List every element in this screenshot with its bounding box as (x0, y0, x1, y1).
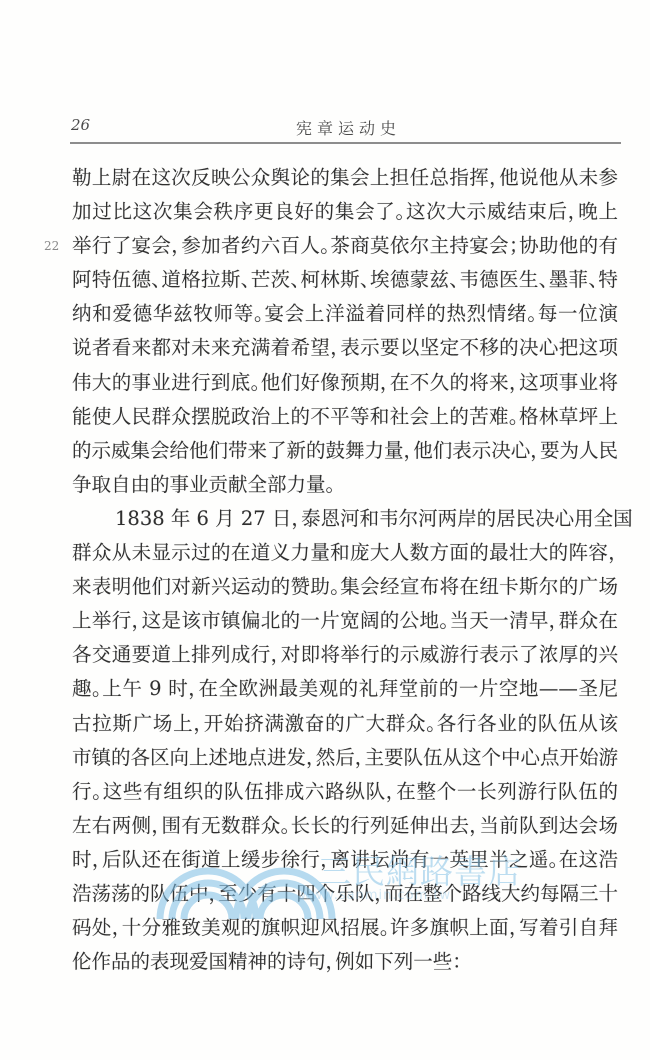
text-line: 趣。上午 9 时，在全欧洲最美观的礼拜堂前的一片空地——圣尼 (72, 672, 618, 706)
text-line: 市镇的各区向上述地点进发，然后，主要队伍从这个中心点开始游 (72, 741, 618, 775)
text-line: 上举行，这是该市镇偏北的一片宽阔的公地。当天一清早，群众在 (72, 604, 618, 638)
text-line: 码处，十分雅致美观的旗帜迎风招展。许多旗帜上面，写着引自拜 (72, 911, 618, 945)
text-line: 来表明他们对新兴运动的赞助。集会经宣布将在纽卡斯尔的广场 (72, 570, 618, 604)
text-line: 伟大的事业进行到底。他们好像预期，在不久的将来，这项事业将 (72, 366, 618, 400)
text-line: 左右两侧，围有无数群众。长长的行列延伸出去，当前队到达会场 (72, 809, 618, 843)
text-line: 浩荡荡的队伍中，至少有十四个乐队，而在整个路线大约每隔三十 (72, 877, 618, 911)
text-line: 伦作品的表现爱国精神的诗句，例如下列一些： (72, 945, 618, 979)
text-line: 加过比这次集会秩序更良好的集会了。这次大示威结束后，晚上 (72, 195, 618, 229)
paragraph: 1838 年 6 月 27 日，泰恩河和韦尔河两岸的居民决心用全国 群众从未显示… (72, 502, 618, 979)
text-line: 举行了宴会，参加者约六百人。茶商莫依尔主持宴会；协助他的有 (72, 229, 618, 263)
text-line: 阿特伍德、道格拉斯、芒茨、柯林斯、埃德蒙兹、韦德医生、墨菲、特 (72, 263, 618, 297)
text-line: 的示威集会给他们带来了新的鼓舞力量，他们表示决心，要为人民 (72, 434, 618, 468)
text-line: 时，后队还在街道上缓步徐行，离讲坛尚有一英里半之遥。在这浩 (72, 843, 618, 877)
text-line: 群众从未显示过的在道义力量和庞大人数方面的最壮大的阵容， (72, 536, 618, 570)
text-line: 争取自由的事业贡献全部力量。 (72, 468, 618, 502)
text-line: 勒上尉在这次反映公众舆论的集会上担任总指挥，他说他从未参 (72, 161, 618, 195)
page-number: 26 (71, 116, 90, 134)
text-line: 各交通要道上排列成行，对即将举行的示威游行表示了浓厚的兴 (72, 638, 618, 672)
text-line: 说者看来都对未来充满着希望，表示要以坚定不移的决心把这项 (72, 331, 618, 365)
margin-note: 22 (44, 239, 59, 253)
paragraph: 勒上尉在这次反映公众舆论的集会上担任总指挥，他说他从未参 加过比这次集会秩序更良… (72, 161, 618, 502)
body-text: 勒上尉在这次反映公众舆论的集会上担任总指挥，他说他从未参 加过比这次集会秩序更良… (72, 161, 618, 979)
running-title: 宪章运动史 (296, 116, 400, 139)
text-line: 纳和爱德华兹牧师等。宴会上洋溢着同样的热烈情绪。每一位演 (72, 297, 618, 331)
text-line: 1838 年 6 月 27 日，泰恩河和韦尔河两岸的居民决心用全国 (72, 502, 618, 536)
text-line: 能使人民群众摆脱政治上的不平等和社会上的苦难。格林草坪上 (72, 400, 618, 434)
header-rule (70, 142, 621, 144)
text-line: 古拉斯广场上，开始挤满激奋的广大群众。各行各业的队伍从该 (72, 707, 618, 741)
text-line: 行。这些有组织的队伍排成六路纵队，在整个一长列游行队伍的 (72, 775, 618, 809)
